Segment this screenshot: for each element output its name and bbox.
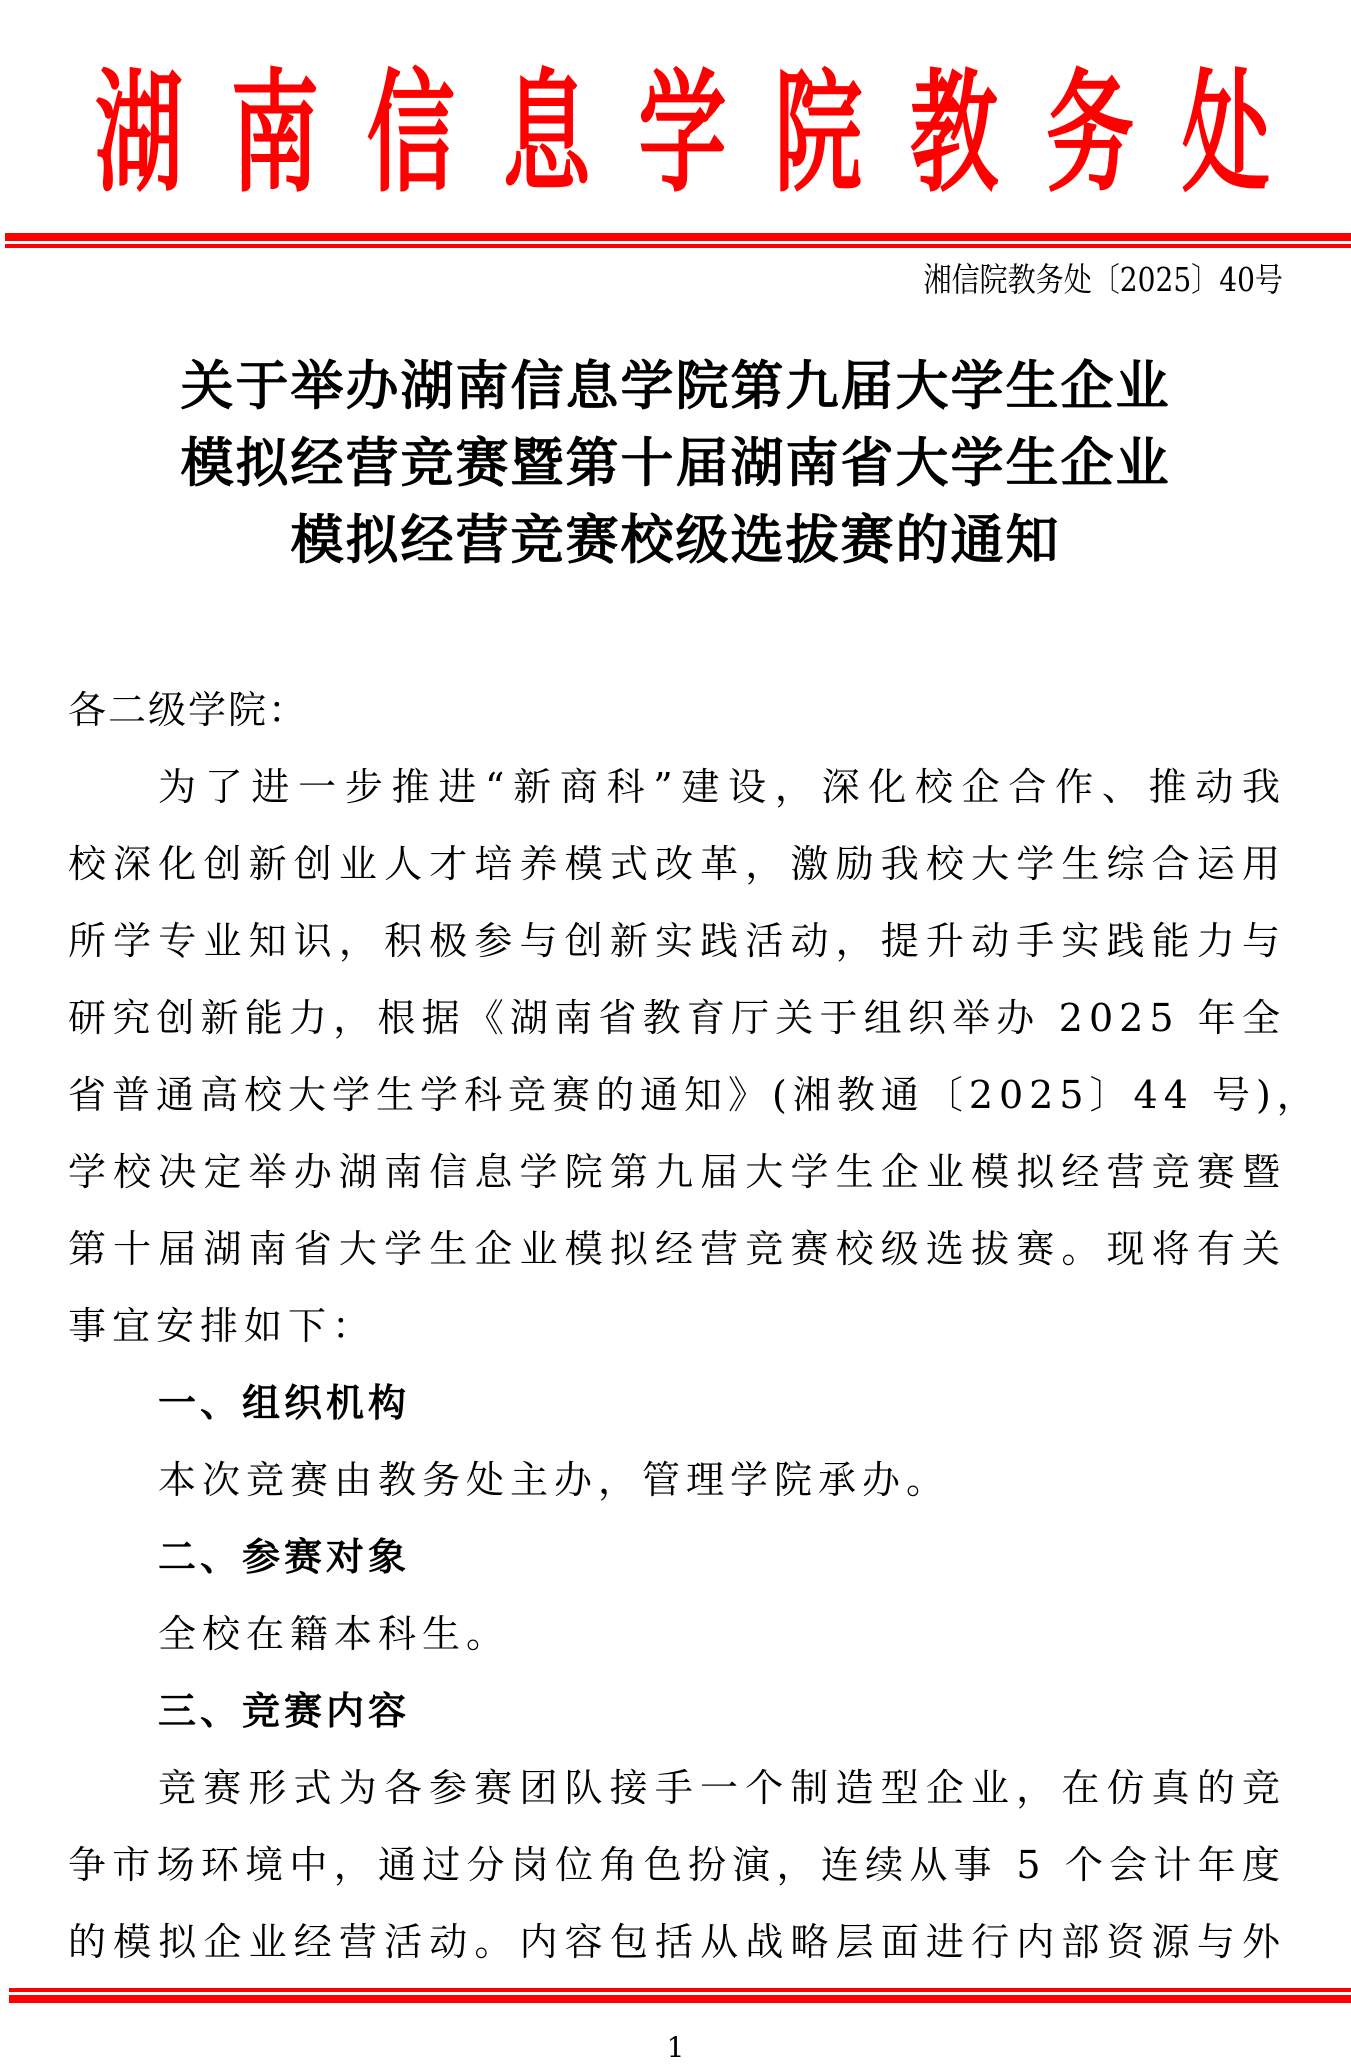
letterhead-title: 湖 南 信 息 学 院 教 务 处	[95, 54, 1270, 214]
rule-thick-line	[5, 233, 1351, 241]
intro-paragraph: 为了进一步推进“新商科”建设，深化校企合作、推动我 校深化创新创业人才培养模式改…	[68, 749, 1286, 1365]
section-heading: 二、参赛对象	[68, 1519, 1286, 1596]
paragraph-line: 研究创新能力，根据《湖南省教育厅关于组织举办 2025 年全	[68, 980, 1286, 1057]
document-body: 各二级学院： 为了进一步推进“新商科”建设，深化校企合作、推动我 校深化创新创业…	[68, 672, 1286, 1981]
paragraph-line: 事宜安排如下：	[68, 1288, 1286, 1365]
section-heading: 三、竞赛内容	[68, 1673, 1286, 1750]
section-organization: 一、组织机构 本次竞赛由教务处主办，管理学院承办。	[68, 1365, 1286, 1519]
page-number: 1	[0, 2030, 1351, 2066]
paragraph-line: 学校决定举办湖南信息学院第九届大学生企业模拟经营竞赛暨	[68, 1134, 1286, 1211]
section-text: 争市场环境中，通过分岗位角色扮演，连续从事 5 个会计年度	[68, 1827, 1286, 1904]
section-content: 三、竞赛内容 竞赛形式为各参赛团队接手一个制造型企业，在仿真的竞 争市场环境中，…	[68, 1673, 1286, 1981]
section-text: 全校在籍本科生。	[68, 1596, 1286, 1673]
title-line: 模拟经营竞赛校级选拔赛的通知	[0, 502, 1351, 579]
letterhead-char: 院	[774, 14, 862, 254]
rule-thin-line	[5, 244, 1351, 248]
letterhead-char: 处	[1182, 14, 1270, 254]
notice-title: 关于举办湖南信息学院第九届大学生企业 模拟经营竞赛暨第十届湖南省大学生企业 模拟…	[0, 348, 1351, 579]
section-heading: 一、组织机构	[68, 1365, 1286, 1442]
letterhead-char: 息	[503, 14, 591, 254]
paragraph-line: 所学专业知识，积极参与创新实践活动，提升动手实践能力与	[68, 903, 1286, 980]
header-red-rule	[5, 233, 1351, 248]
section-text: 竞赛形式为各参赛团队接手一个制造型企业，在仿真的竞	[68, 1750, 1286, 1827]
paragraph-line: 第十届湖南省大学生企业模拟经营竞赛校级选拔赛。现将有关	[68, 1211, 1286, 1288]
letterhead-char: 信	[367, 14, 455, 254]
section-participants: 二、参赛对象 全校在籍本科生。	[68, 1519, 1286, 1673]
title-line: 模拟经营竞赛暨第十届湖南省大学生企业	[0, 425, 1351, 502]
letterhead-char: 学	[638, 14, 726, 254]
section-text: 本次竞赛由教务处主办，管理学院承办。	[68, 1442, 1286, 1519]
salutation: 各二级学院：	[68, 672, 1286, 749]
title-line: 关于举办湖南信息学院第九届大学生企业	[0, 348, 1351, 425]
letterhead-char: 湖	[95, 14, 183, 254]
letterhead-char: 务	[1046, 14, 1134, 254]
section-text: 的模拟企业经营活动。内容包括从战略层面进行内部资源与外	[68, 1904, 1286, 1981]
rule-thick-line	[9, 1995, 1351, 2003]
paragraph-line: 校深化创新创业人才培养模式改革，激励我校大学生综合运用	[68, 826, 1286, 903]
document-number: 湘信院教务处〔2025〕40号	[923, 256, 1283, 304]
letterhead-char: 教	[910, 14, 998, 254]
letterhead-char: 南	[231, 14, 319, 254]
paragraph-line: 为了进一步推进“新商科”建设，深化校企合作、推动我	[68, 749, 1286, 826]
footer-red-rule	[9, 1988, 1351, 2003]
paragraph-line: 省普通高校大学生学科竞赛的通知》(湘教通〔2025〕44 号)，	[68, 1057, 1286, 1134]
